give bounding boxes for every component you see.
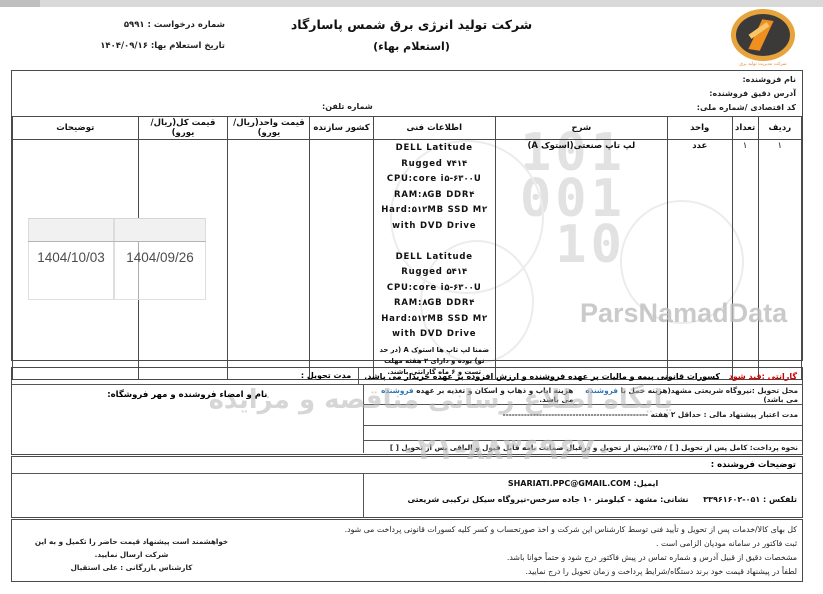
cell-unit: عدد bbox=[667, 140, 732, 380]
final-note-line: لطفاً در پیشنهاد قیمت خود برند دستگاه/شر… bbox=[242, 565, 797, 579]
inquiry-date: تاریخ استعلام بها: ۱۴۰۴/۰۹/۱۶ bbox=[55, 36, 225, 57]
commercial-expert-block: خواهشمند است پیشنهاد قیمت حاضر را تکمیل … bbox=[24, 535, 239, 574]
seller-notes-label: توضیحات فروشنده : bbox=[12, 457, 802, 474]
terms-empty-row bbox=[364, 426, 802, 441]
tech-line: with DVD Drive bbox=[376, 327, 493, 343]
col-header-tech: اطلاعات فنی bbox=[373, 117, 495, 140]
inquiry-document-page: 101 001 10 ParsNamadData پایگاه اطلاع رس… bbox=[0, 0, 823, 594]
deductions-note: کسورات قانونی بیمه و مالیات بر عهده فروش… bbox=[364, 372, 720, 381]
document-header: شرکت تولید انرژی برق شمس پاسارگاد (استعل… bbox=[0, 7, 823, 67]
col-header-unit: واحد bbox=[667, 117, 732, 140]
table-header-row: ردیف تعداد واحد شرح اطلاعات فنی کشور ساز… bbox=[13, 117, 802, 140]
terms-row-2: محل تحویل :نیروگاه شریعتی مشهد(هزینه حمل… bbox=[364, 385, 802, 405]
terms-row1-right: گارانتی :قید شود کسورات قانونی بیمه و ما… bbox=[359, 372, 802, 381]
dates-overlay-header-cell bbox=[114, 219, 206, 241]
col-header-country: کشور سازنده bbox=[310, 117, 373, 140]
col-header-qty: تعداد bbox=[732, 117, 758, 140]
cell-unit-price bbox=[228, 140, 310, 380]
cell-radif: ۱ bbox=[758, 140, 801, 380]
company-logo: شرکت مدیریت تولید برق bbox=[731, 9, 795, 65]
tech-line: Hard:۵۱۲MB SSD M۲ bbox=[376, 312, 493, 328]
seller-info-area: نام فروشنده: آدرس دقیق فروشنده: کد اقتصا… bbox=[12, 71, 802, 116]
seller-word: فروشنده bbox=[585, 386, 618, 395]
seller-code-label: کد اقتصادی /شماره ملی: bbox=[12, 101, 796, 115]
tech-line: RAM:۸GB DDR۴ bbox=[376, 296, 493, 312]
contact-empty-cell bbox=[12, 474, 364, 517]
dates-overlay-header-row bbox=[28, 218, 206, 242]
final-notes-list: کل بهای کالا/خدمات پس از تحویل و تأیید ف… bbox=[242, 523, 797, 579]
validity-dashes: ----------------------------------------… bbox=[503, 410, 648, 419]
tech-line: with DVD Drive bbox=[376, 219, 493, 235]
col-header-remarks: توضیحات bbox=[13, 117, 139, 140]
terms-row-1: گارانتی :قید شود کسورات قانونی بیمه و ما… bbox=[12, 368, 802, 385]
request-completion-note: خواهشمند است پیشنهاد قیمت حاضر را تکمیل … bbox=[24, 535, 239, 561]
delivery-place-note: محل تحویل :نیروگاه شریعتی مشهد(هزینه حمل… bbox=[573, 386, 798, 404]
main-table-box: نام فروشنده: آدرس دقیق فروشنده: کد اقتصا… bbox=[11, 70, 803, 361]
terms-right-column: محل تحویل :نیروگاه شریعتی مشهد(هزینه حمل… bbox=[364, 385, 802, 453]
tech-line: DELL Latitude Rugged ۵۴۱۴ bbox=[376, 250, 493, 281]
col-header-radif: ردیف bbox=[758, 117, 801, 140]
tech-line-spacer bbox=[376, 234, 493, 250]
contact-body: ایمیل: SHARIATI.PPC@GMAIL.COM تلفکس : ۰۵… bbox=[12, 474, 802, 517]
dates-overlay-header-cell bbox=[28, 219, 114, 241]
address-line: تلفکس : ۰۵۱-۳۳۹۶۱۶۰۲ نشانی: مشهد – کیلوم… bbox=[364, 495, 802, 507]
seller-phone-label: شماره تلفن: bbox=[322, 100, 373, 114]
dates-overlay-widget: 1404/10/03 1404/09/26 bbox=[28, 218, 206, 298]
col-header-total-price: قیمت کل(ریال/یورو) bbox=[138, 117, 228, 140]
email-line: ایمیل: SHARIATI.PPC@GMAIL.COM bbox=[364, 479, 802, 488]
contact-block: ایمیل: SHARIATI.PPC@GMAIL.COM تلفکس : ۰۵… bbox=[364, 474, 802, 517]
final-note-line: مشخصات دقیق از قبیل آدرس و شماره تماس در… bbox=[242, 551, 797, 565]
travel-cost-note: هزینه ایاب و ذهاب و اسکان و تغذیه بر عهد… bbox=[368, 386, 574, 404]
delivery-duration-label: مدت تحویل : bbox=[12, 368, 359, 384]
postal-address: نشانی: مشهد – کیلومتر ۱۰ جاده سرخس-نیروگ… bbox=[364, 495, 732, 504]
top-gray-bar bbox=[0, 0, 823, 7]
col-header-desc: شرح bbox=[495, 117, 667, 140]
tech-line: DELL Latitude Rugged ۷۴۱۴ bbox=[376, 141, 493, 172]
seller-word: فروشنده bbox=[381, 386, 414, 395]
logo-caption: شرکت مدیریت تولید برق bbox=[731, 62, 795, 67]
commercial-expert-name: کارشناس بازرگانی : علی استقبال bbox=[24, 561, 239, 574]
postal-address-value: مشهد – کیلومتر ۱۰ جاده سرخس-نیروگاه سیکل… bbox=[408, 495, 658, 504]
terms-box: گارانتی :قید شود کسورات قانونی بیمه و ما… bbox=[11, 367, 803, 455]
tech-line: RAM:۸GB DDR۴ bbox=[376, 188, 493, 204]
seller-notes-box: توضیحات فروشنده : ایمیل: SHARIATI.PPC@GM… bbox=[11, 456, 803, 518]
tech-line: Hard:۵۱۲MB SSD M۲ bbox=[376, 203, 493, 219]
cell-country bbox=[310, 140, 373, 380]
deadline-date-value: 1404/10/03 bbox=[28, 242, 114, 299]
seller-name-label: نام فروشنده: bbox=[12, 73, 796, 87]
cell-qty: ۱ bbox=[732, 140, 758, 380]
col-header-unit-price: قیمت واحد(ریال/یورو) bbox=[228, 117, 310, 140]
request-info-block: شماره درخواست : ۵۹۹۱ تاریخ استعلام بها: … bbox=[55, 15, 225, 57]
dates-overlay-value-row: 1404/10/03 1404/09/26 bbox=[28, 242, 206, 300]
final-note-line: ثبت فاکتور در سامانه مودیان الزامی است . bbox=[242, 537, 797, 551]
terms-body: محل تحویل :نیروگاه شریعتی مشهد(هزینه حمل… bbox=[12, 385, 802, 453]
cell-description: لپ تاپ صنعتی(استوک A) bbox=[495, 140, 667, 380]
email-label: ایمیل: bbox=[634, 479, 659, 488]
validity-note: مدت اعتبار پیشنهاد مالی : حداقل ۲ هفته -… bbox=[364, 405, 802, 426]
payment-method-note: نحوه پرداخت: کامل پس از تحویل [ ] / ۲۵٪پ… bbox=[364, 441, 802, 454]
seller-address-label: آدرس دقیق فروشنده: bbox=[12, 87, 796, 101]
logo-oval-icon bbox=[731, 9, 795, 61]
inquiry-date-value: 1404/09/26 bbox=[114, 242, 206, 299]
cell-technical-info: DELL Latitude Rugged ۷۴۱۴ CPU:core i۵-۶۳… bbox=[373, 140, 495, 380]
seller-signature-cell: نام و امضاء فروشنده و مهر فروشگاه: bbox=[12, 385, 364, 453]
request-number: شماره درخواست : ۵۹۹۱ bbox=[55, 15, 225, 36]
email-value: SHARIATI.PPC@GMAIL.COM bbox=[508, 479, 631, 488]
final-notes-area: کل بهای کالا/خدمات پس از تحویل و تأیید ف… bbox=[12, 520, 802, 581]
top-gray-bar-accent bbox=[0, 0, 40, 7]
tech-line: CPU:core i۵-۶۳۰۰U bbox=[376, 281, 493, 297]
warranty-note: گارانتی :قید شود bbox=[729, 372, 797, 381]
final-notes-box: کل بهای کالا/خدمات پس از تحویل و تأیید ف… bbox=[11, 519, 803, 582]
final-note-line: کل بهای کالا/خدمات پس از تحویل و تأیید ف… bbox=[242, 523, 797, 537]
tech-line: CPU:core i۵-۶۳۰۰U bbox=[376, 172, 493, 188]
